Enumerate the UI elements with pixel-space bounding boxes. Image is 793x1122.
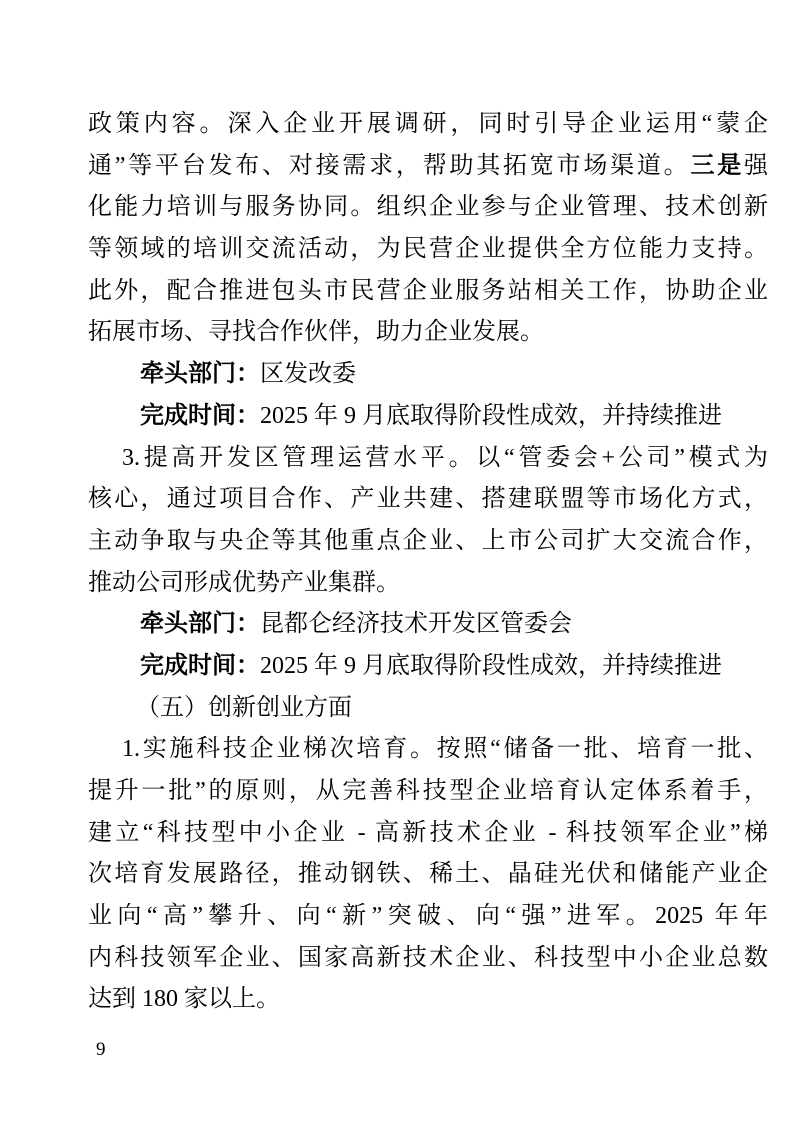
- text-line: 完成时间：2025 年 9 月底取得阶段性成效，并持续推进: [88, 396, 768, 438]
- text-run: 核心，通过项目合作、产业共建、搭建联盟等市场化方式，: [88, 486, 768, 512]
- text-run: 业向“高”攀升、向“新”突破、向“强”进军。2025 年年: [88, 903, 768, 929]
- bold-text-run: 牵头部门：: [140, 361, 260, 387]
- text-line: 3.提高开发区管理运营水平。以“管委会+公司”模式为: [88, 438, 768, 480]
- text-run: 内科技领军企业、国家高新技术企业、科技型中小企业总数: [88, 945, 768, 971]
- text-run: 2025 年 9 月底取得阶段性成效，并持续推进: [260, 653, 722, 679]
- text-line: 核心，通过项目合作、产业共建、搭建联盟等市场化方式，: [88, 479, 768, 521]
- text-run: 化能力培训与服务协同。组织企业参与企业管理、技术创新: [88, 194, 768, 220]
- text-line: 牵头部门：昆都仑经济技术开发区管委会: [88, 604, 768, 646]
- bold-text-run: 完成时间：: [140, 403, 260, 429]
- text-run: 达到 180 家以上。: [88, 986, 280, 1012]
- text-line: 次培育发展路径，推动钢铁、稀土、晶硅光伏和储能产业企: [88, 854, 768, 896]
- document-page: 政策内容。深入企业开展调研，同时引导企业运用“蒙企通”等平台发布、对接需求，帮助…: [0, 0, 793, 1122]
- text-line: 建立“科技型中小企业 - 高新技术企业 - 科技领军企业”梯: [88, 813, 768, 855]
- text-line: 达到 180 家以上。: [88, 979, 768, 1021]
- text-run: 等领域的培训交流活动，为民营企业提供全方位能力支持。: [88, 236, 768, 262]
- text-run: 建立“科技型中小企业 - 高新技术企业 - 科技领军企业”梯: [88, 820, 768, 846]
- text-run: 提升一批”的原则，从完善科技型企业培育认定体系着手，: [88, 778, 768, 804]
- text-line: 业向“高”攀升、向“新”突破、向“强”进军。2025 年年: [88, 896, 768, 938]
- text-run: 政策内容。深入企业开展调研，同时引导企业运用“蒙企: [88, 111, 768, 137]
- text-run: 次培育发展路径，推动钢铁、稀土、晶硅光伏和储能产业企: [88, 861, 768, 887]
- text-line: 推动公司形成优势产业集群。: [88, 563, 768, 605]
- text-line: 通”等平台发布、对接需求，帮助其拓宽市场渠道。三是强: [88, 146, 768, 188]
- bold-text-run: 完成时间：: [140, 653, 260, 679]
- text-run: （五）创新创业方面: [136, 695, 352, 721]
- text-run: 昆都仑经济技术开发区管委会: [260, 611, 572, 637]
- text-line: 拓展市场、寻找合作伙伴，助力企业发展。: [88, 312, 768, 354]
- text-line: 政策内容。深入企业开展调研，同时引导企业运用“蒙企: [88, 104, 768, 146]
- text-run: 区发改委: [260, 361, 356, 387]
- text-run: 1.实施科技企业梯次培育。按照“储备一批、培育一批、: [122, 736, 768, 762]
- text-line: 此外，配合推进包头市民营企业服务站相关工作，协助企业: [88, 271, 768, 313]
- text-line: 等领域的培训交流活动，为民营企业提供全方位能力支持。: [88, 229, 768, 271]
- text-block: 政策内容。深入企业开展调研，同时引导企业运用“蒙企通”等平台发布、对接需求，帮助…: [88, 104, 768, 1021]
- text-run: 主动争取与央企等其他重点企业、上市公司扩大交流合作，: [88, 528, 768, 554]
- text-run: 通”等平台发布、对接需求，帮助其拓宽市场渠道。: [88, 153, 690, 179]
- text-line: 完成时间：2025 年 9 月底取得阶段性成效，并持续推进: [88, 646, 768, 688]
- text-run: 2025 年 9 月底取得阶段性成效，并持续推进: [260, 403, 722, 429]
- text-line: 内科技领军企业、国家高新技术企业、科技型中小企业总数: [88, 938, 768, 980]
- page-number: 9: [96, 1038, 106, 1062]
- bold-text-run: 牵头部门：: [140, 611, 260, 637]
- text-line: （五）创新创业方面: [88, 688, 768, 730]
- text-line: 牵头部门：区发改委: [88, 354, 768, 396]
- text-run: 拓展市场、寻找合作伙伴，助力企业发展。: [88, 319, 544, 345]
- text-run: 推动公司形成优势产业集群。: [88, 570, 400, 596]
- bold-text-run: 三是: [690, 153, 744, 179]
- text-line: 提升一批”的原则，从完善科技型企业培育认定体系着手，: [88, 771, 768, 813]
- text-run: 3.提高开发区管理运营水平。以“管委会+公司”模式为: [122, 445, 768, 471]
- text-run: 强: [744, 153, 768, 179]
- text-line: 1.实施科技企业梯次培育。按照“储备一批、培育一批、: [88, 729, 768, 771]
- text-line: 主动争取与央企等其他重点企业、上市公司扩大交流合作，: [88, 521, 768, 563]
- text-line: 化能力培训与服务协同。组织企业参与企业管理、技术创新: [88, 187, 768, 229]
- text-run: 此外，配合推进包头市民营企业服务站相关工作，协助企业: [88, 278, 768, 304]
